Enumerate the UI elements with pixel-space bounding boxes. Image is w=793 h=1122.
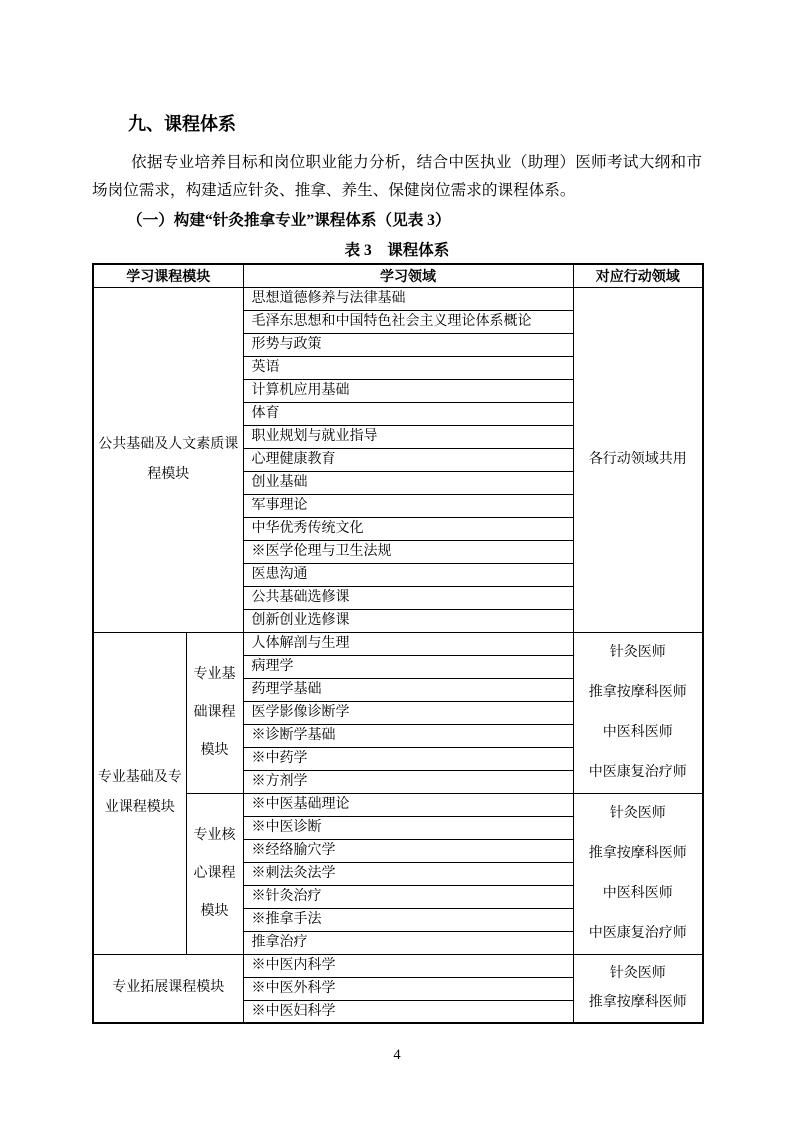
module-cell: 专业拓展课程模块 [93, 954, 243, 1023]
course-cell: 毛泽东思想和中国特色社会主义理论体系概论 [243, 310, 573, 333]
document-page: 九、课程体系 依据专业培养目标和岗位职业能力分析，结合中医执业（助理）医师考试大… [0, 0, 793, 1122]
course-cell: 药理学基础 [243, 678, 573, 701]
course-cell: ※中医内科学 [243, 954, 573, 977]
course-cell: ※中医外科学 [243, 977, 573, 1000]
course-cell: ※推拿手法 [243, 908, 573, 931]
course-cell: 英语 [243, 356, 573, 379]
subsection-heading: （一）构建“针灸推拿专业”课程体系（见表 3） [127, 210, 793, 232]
table-row: 公共基础及人文素质课 程模块 思想道德修养与法律基础 各行动领域共用 [93, 287, 703, 310]
course-cell: ※中医诊断 [243, 816, 573, 839]
body-paragraph: 依据专业培养目标和岗位职业能力分析，结合中医执业（助理）医师考试大纲和市场岗位需… [92, 149, 702, 205]
action-area-cell: 针灸医师 推拿按摩科医师 中医科医师 中医康复治疗师 [573, 632, 703, 793]
section-heading: 九、课程体系 [128, 112, 793, 136]
header-learning-area-column: 学习领域 [243, 264, 573, 287]
action-area-cell: 针灸医师 推拿按摩科医师 中医科医师 中医康复治疗师 [573, 793, 703, 954]
course-cell: ※刺法灸法学 [243, 862, 573, 885]
table-caption: 表 3 课程体系 [92, 240, 702, 261]
course-cell: 形势与政策 [243, 333, 573, 356]
course-cell: 中华优秀传统文化 [243, 517, 573, 540]
submodule-cell: 专业核 心课程 模块 [186, 793, 243, 954]
course-cell: 人体解剖与生理 [243, 632, 573, 655]
action-area-cell: 针灸医师 推拿按摩科医师 [573, 954, 703, 1023]
course-cell: 心理健康教育 [243, 448, 573, 471]
course-cell: ※中医妇科学 [243, 1000, 573, 1023]
module-cell: 专业基础及专 业课程模块 [93, 632, 186, 954]
course-cell: 创业基础 [243, 471, 573, 494]
header-action-area-column: 对应行动领域 [573, 264, 703, 287]
course-cell: ※针灸治疗 [243, 885, 573, 908]
course-cell: 思想道德修养与法律基础 [243, 287, 573, 310]
course-cell: 医学影像诊断学 [243, 701, 573, 724]
course-cell: 体育 [243, 402, 573, 425]
course-cell: 医患沟通 [243, 563, 573, 586]
course-cell: 病理学 [243, 655, 573, 678]
action-area-cell: 各行动领域共用 [573, 287, 703, 632]
table-row: 专业基础及专 业课程模块 专业基 础课程 模块 人体解剖与生理 针灸医师 推拿按… [93, 632, 703, 655]
course-cell: ※方剂学 [243, 770, 573, 793]
header-module-column: 学习课程模块 [93, 264, 243, 287]
course-cell: ※诊断学基础 [243, 724, 573, 747]
page-number: 4 [92, 1046, 702, 1064]
course-cell: 计算机应用基础 [243, 379, 573, 402]
module-cell: 公共基础及人文素质课 程模块 [93, 287, 243, 632]
course-cell: ※中药学 [243, 747, 573, 770]
table-header-row: 学习课程模块 学习领域 对应行动领域 [93, 264, 703, 287]
table-row: 专业拓展课程模块 ※中医内科学 针灸医师 推拿按摩科医师 [93, 954, 703, 977]
course-cell: ※医学伦理与卫生法规 [243, 540, 573, 563]
course-cell: 职业规划与就业指导 [243, 425, 573, 448]
curriculum-table: 学习课程模块 学习领域 对应行动领域 公共基础及人文素质课 程模块 思想道德修养… [92, 263, 704, 1024]
submodule-cell: 专业基 础课程 模块 [186, 632, 243, 793]
course-cell: ※经络腧穴学 [243, 839, 573, 862]
course-cell: 推拿治疗 [243, 931, 573, 954]
course-cell: 军事理论 [243, 494, 573, 517]
course-cell: ※中医基础理论 [243, 793, 573, 816]
course-cell: 公共基础选修课 [243, 586, 573, 609]
course-cell: 创新创业选修课 [243, 609, 573, 632]
